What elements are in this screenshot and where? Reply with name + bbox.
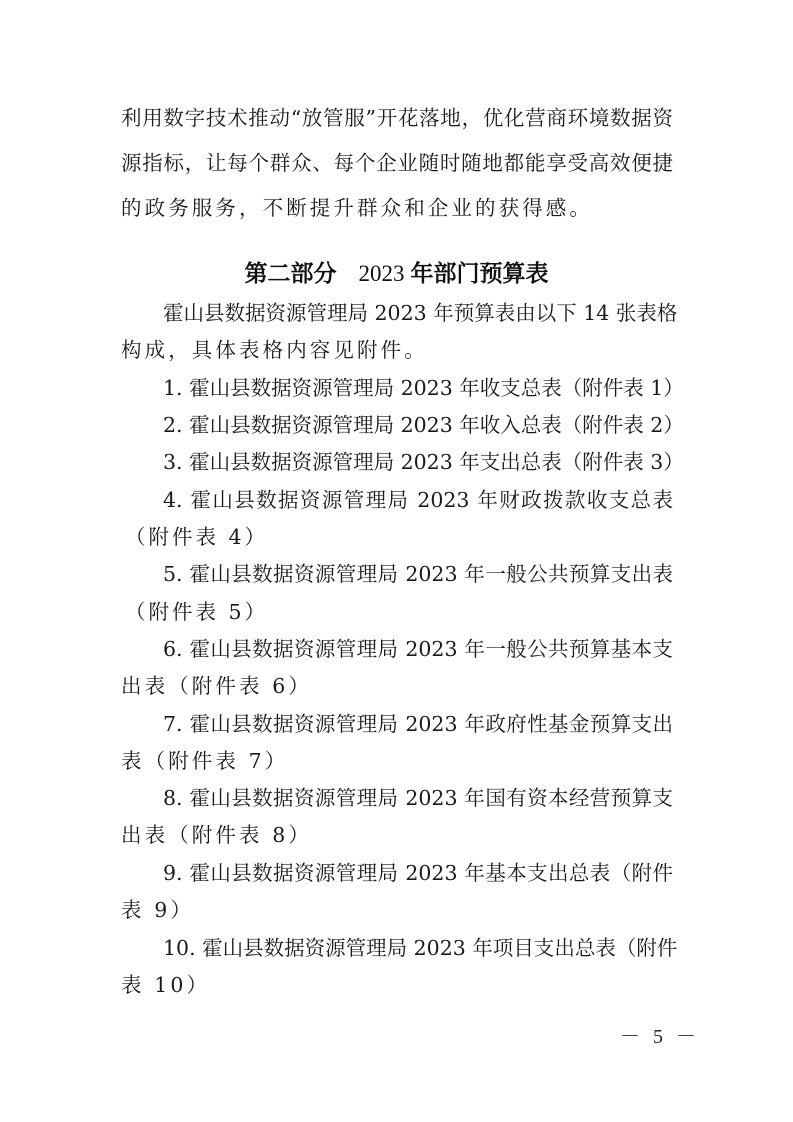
list-item-7: 7. 霍山县数据资源管理局 2023 年政府性基金预算支出 (163, 712, 673, 736)
heading-rest: 年部门预算表 (411, 261, 549, 287)
list-item-7-continuation: 表（附件表 7） (121, 749, 673, 773)
list-item-2: 2. 霍山县数据资源管理局 2023 年收入总表（附件表 2） (163, 413, 673, 437)
paragraph-line: 利用数字技术推动“放管服”开花落地，优化营商环境数据资 (121, 106, 673, 130)
list-item-5-continuation: （附件表 5） (125, 600, 268, 624)
list-item-10: 10. 霍山县数据资源管理局 2023 年项目支出总表（附件 (163, 936, 673, 960)
list-item-8-continuation: 出表（附件表 8） (121, 823, 673, 847)
paragraph-line: 的政务服务，不断提升群众和企业的获得感。 (121, 196, 673, 220)
section-heading: 第二部分2023年部门预算表 (0, 260, 793, 288)
list-item-10-continuation: 表 10） (121, 973, 673, 997)
list-item-6: 6. 霍山县数据资源管理局 2023 年一般公共预算基本支 (163, 637, 673, 661)
list-item-4-continuation: （附件表 4） (125, 525, 268, 549)
list-item-5: 5. 霍山县数据资源管理局 2023 年一般公共预算支出表 (163, 562, 673, 586)
list-item-6-continuation: 出表（附件表 6） (121, 674, 673, 698)
paragraph-line: 源指标，让每个群众、每个企业随时随地都能享受高效便捷 (121, 151, 673, 175)
list-item-4: 4. 霍山县数据资源管理局 2023 年财政拨款收支总表 (163, 488, 673, 512)
list-item-9: 9. 霍山县数据资源管理局 2023 年基本支出总表（附件 (163, 861, 673, 885)
paragraph-line: 霍山县数据资源管理局 2023 年预算表由以下 14 张表格 (163, 301, 673, 325)
page-number: － 5 － (620, 1020, 700, 1049)
heading-part: 第二部分 (245, 261, 337, 287)
list-item-9-continuation: 表 9） (121, 898, 673, 922)
list-item-3: 3. 霍山县数据资源管理局 2023 年支出总表（附件表 3） (163, 450, 673, 474)
heading-year: 2023 (359, 261, 405, 286)
document-page: 利用数字技术推动“放管服”开花落地，优化营商环境数据资 源指标，让每个群众、每个… (0, 0, 793, 1122)
list-item-1: 1. 霍山县数据资源管理局 2023 年收支总表（附件表 1） (163, 376, 673, 400)
list-item-8: 8. 霍山县数据资源管理局 2023 年国有资本经营预算支 (163, 786, 673, 810)
paragraph-line: 构成，具体表格内容见附件。 (121, 338, 673, 362)
